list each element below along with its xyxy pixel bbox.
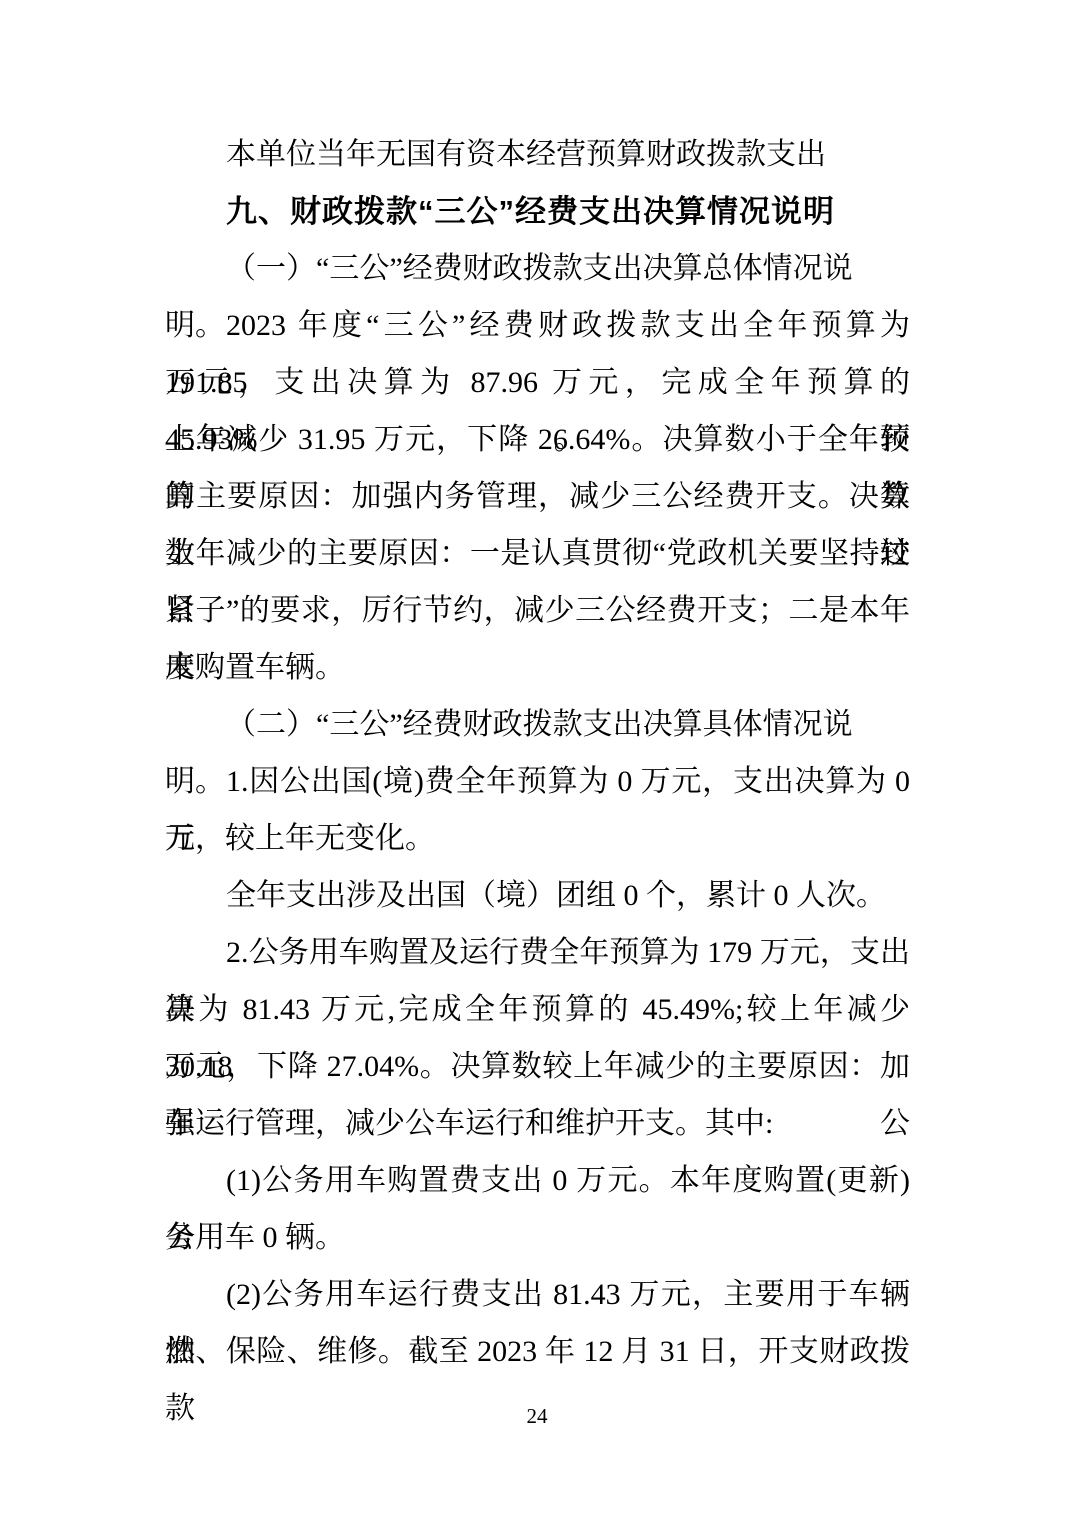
text-line: 全年支出涉及出国（境）团组 0 个，累计 0 人次。: [165, 867, 910, 924]
text-line: 2.公务用车购置及运行费全年预算为 179 万元，支出决: [165, 924, 910, 981]
text-line: 上年减少的主要原因：一是认真贯彻“党政机关要坚持过紧: [165, 525, 910, 582]
document-body: 本单位当年无国有资本经营预算财政拨款支出九、财政拨款“三公”经费支出决算情况说明…: [165, 126, 910, 1380]
text-line: 日子”的要求，厉行节约，减少三公经费开支；二是本年度: [165, 582, 910, 639]
section-heading: 九、财政拨款“三公”经费支出决算情况说明: [165, 183, 910, 240]
text-line: 1.因公出国(境)费全年预算为 0 万元，支出决算为 0 万: [165, 753, 910, 810]
text-line: 算为 81.43 万元,完成全年预算的 45.49%;较上年减少 30.18: [165, 981, 910, 1038]
text-line: （二）“三公”经费财政拨款支出决算具体情况说明。: [165, 696, 910, 753]
text-line: 上年减少 31.95 万元，下降 26.64%。决算数小于全年预算数: [165, 411, 910, 468]
text-line: 本单位当年无国有资本经营预算财政拨款支出: [165, 126, 910, 183]
text-line: (2)公务用车运行费支出 81.43 万元，主要用于车辆燃: [165, 1266, 910, 1323]
text-line: 万元，支出决算为 87.96 万元，完成全年预算的 45.93%。较: [165, 354, 910, 411]
page-number: 24: [0, 1404, 1074, 1429]
text-line: (1)公务用车购置费支出 0 万元。本年度购置(更新)公: [165, 1152, 910, 1209]
text-line: 油、保险、维修。截至 2023 年 12 月 31 日，开支财政拨款: [165, 1323, 910, 1380]
text-line: 万元，下降 27.04%。决算数较上年减少的主要原因：加强公: [165, 1038, 910, 1095]
text-line: 元，较上年无变化。: [165, 810, 910, 867]
text-line: 未购置车辆。: [165, 639, 910, 696]
text-line: 2023 年度“三公”经费财政拨款支出全年预算为 191.85: [165, 297, 910, 354]
document-page: 本单位当年无国有资本经营预算财政拨款支出九、财政拨款“三公”经费支出决算情况说明…: [0, 0, 1074, 1520]
text-line: 务用车 0 辆。: [165, 1209, 910, 1266]
text-line: （一）“三公”经费财政拨款支出决算总体情况说明。: [165, 240, 910, 297]
text-line: 的主要原因：加强内务管理，减少三公经费开支。决算数较: [165, 468, 910, 525]
